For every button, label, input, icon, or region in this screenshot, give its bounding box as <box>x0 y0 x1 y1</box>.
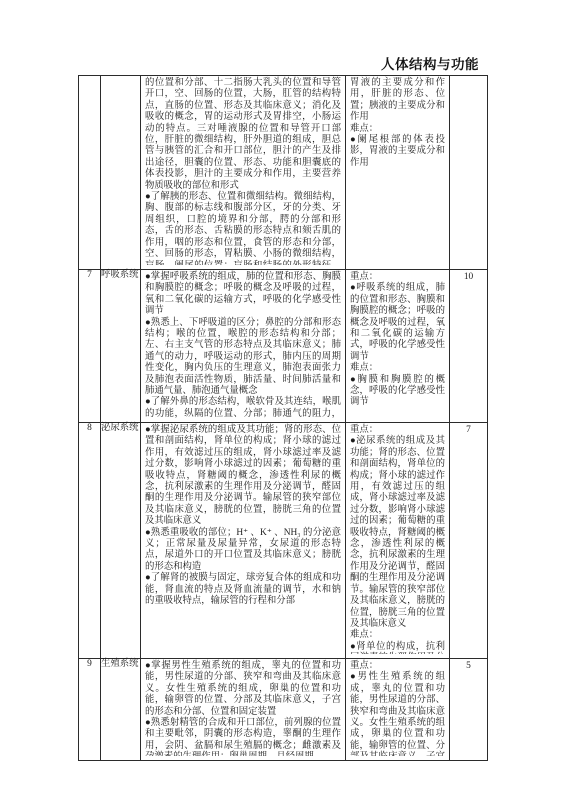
hours-value <box>450 76 487 78</box>
hours-value: 5 <box>450 659 487 672</box>
row-number-cell <box>79 76 101 270</box>
table-row-respiratory: 7 呼吸系统 ●掌握呼吸系统的组成，肺的位置和形态、胸膜和胸膜腔的概念；呼吸的概… <box>79 270 488 423</box>
system-name-cell: 泌尿系统 <box>101 423 141 659</box>
row-number: 9 <box>87 659 92 669</box>
table-row-reproductive: 9 生殖系统 ●掌握男性生殖系统的组成，睾丸的位置和功能，男性尿道的分部、狭窄和… <box>79 659 488 761</box>
hours-cell: 10 <box>450 270 488 423</box>
syllabus-table: 的位置和分部、十二指肠大乳头的位置和导管开口，空、回肠的位置，大肠，肛管的结构特… <box>78 75 488 761</box>
system-name: 生殖系统 <box>101 659 140 670</box>
keypoints-text: 胃液的主要成分和作用，肝脏的形态、位置；胰液的主要成分和作用 难点： ●阑尾根部… <box>346 76 449 170</box>
keypoints-cell: 胃液的主要成分和作用，肝脏的形态、位置；胰液的主要成分和作用 难点： ●阑尾根部… <box>346 76 450 270</box>
system-name-cell: 呼吸系统 <box>101 270 141 423</box>
row-number-cell: 7 <box>79 270 101 423</box>
table-row-digestive-continued: 的位置和分部、十二指肠大乳头的位置和导管开口，空、回肠的位置，大肠，肛管的结构特… <box>79 76 488 270</box>
content-text: 的位置和分部、十二指肠大乳头的位置和导管开口，空、回肠的位置，大肠，肛管的结构特… <box>141 76 345 265</box>
hours-cell <box>450 76 488 270</box>
hours-value: 10 <box>450 270 487 283</box>
page-title: 人体结构与功能 <box>381 57 479 72</box>
keypoints-text: 重点： ●男性生殖系统的组成，睾丸的位置和功能，男性尿道的分部、狭窄和弯曲及其临… <box>346 659 449 756</box>
keypoints-cell: 重点： ●泌尿系统的组成及其功能；肾的形态、位置和剖面结构，肾单位的构成；肾小球… <box>346 423 450 659</box>
keypoints-text: 重点： ●呼吸系统的组成，肺的位置和形态、胸膜和胸膜腔的概念；呼吸的概念及呼吸的… <box>346 270 449 410</box>
system-name-cell: 生殖系统 <box>101 659 141 761</box>
hours-cell: 7 <box>450 423 488 659</box>
content-text: ●掌握男性生殖系统的组成，睾丸的位置和功能，男性尿道的分部、狭窄和弯曲及其临床意… <box>141 659 345 756</box>
keypoints-cell: 重点： ●呼吸系统的组成，肺的位置和形态、胸膜和胸膜腔的概念；呼吸的概念及呼吸的… <box>346 270 450 423</box>
row-number-cell: 9 <box>79 659 101 761</box>
keypoints-cell: 重点： ●男性生殖系统的组成，睾丸的位置和功能，男性尿道的分部、狭窄和弯曲及其临… <box>346 659 450 761</box>
row-number-cell: 8 <box>79 423 101 659</box>
content-cell: 的位置和分部、十二指肠大乳头的位置和导管开口，空、回肠的位置，大肠，肛管的结构特… <box>141 76 346 270</box>
content-text: ●掌握泌尿系统的组成及其功能；肾的形态、位置和剖面结构，肾单位的构成；肾小球的滤… <box>141 423 345 609</box>
system-name-cell <box>101 76 141 270</box>
document-page: 人体结构与功能 的位置和分部、十二指肠大乳头的位置和导管开口，空、回肠的位置，大… <box>0 0 566 800</box>
hours-value: 7 <box>450 423 487 436</box>
system-name: 泌尿系统 <box>101 423 140 434</box>
page-header: 人体结构与功能 <box>78 53 487 74</box>
content-cell: ●掌握男性生殖系统的组成，睾丸的位置和功能，男性尿道的分部、狭窄和弯曲及其临床意… <box>141 659 346 761</box>
row-number: 7 <box>87 270 92 280</box>
keypoints-text: 重点： ●泌尿系统的组成及其功能；肾的形态、位置和剖面结构，肾单位的构成；肾小球… <box>346 423 449 654</box>
hours-cell: 5 <box>450 659 488 761</box>
system-name: 呼吸系统 <box>101 270 140 281</box>
row-number: 8 <box>87 423 92 433</box>
content-cell: ●掌握泌尿系统的组成及其功能；肾的形态、位置和剖面结构，肾单位的构成；肾小球的滤… <box>141 423 346 659</box>
content-cell: ●掌握呼吸系统的组成，肺的位置和形态、胸膜和胸膜腔的概念；呼吸的概念及呼吸的过程… <box>141 270 346 423</box>
content-text: ●掌握呼吸系统的组成，肺的位置和形态、胸膜和胸膜腔的概念；呼吸的概念及呼吸的过程… <box>141 270 345 418</box>
table-row-urinary: 8 泌尿系统 ●掌握泌尿系统的组成及其功能；肾的形态、位置和剖面结构，肾单位的构… <box>79 423 488 659</box>
